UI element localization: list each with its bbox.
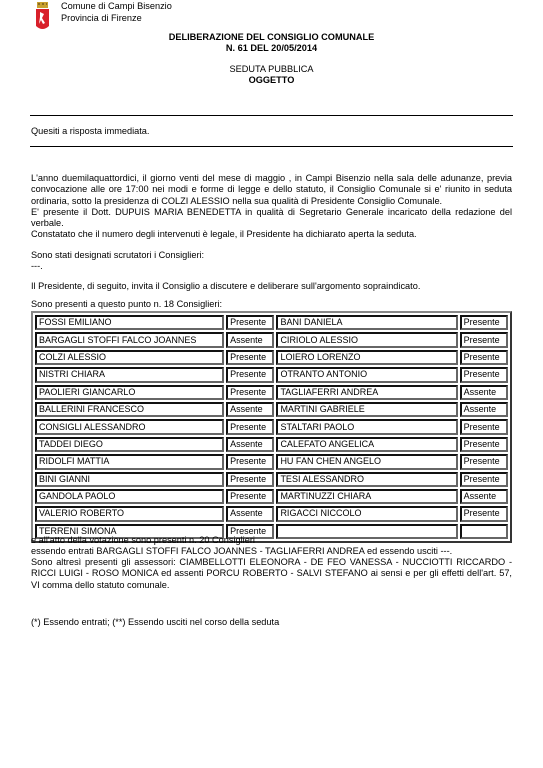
attendance-status: Presente xyxy=(460,506,508,521)
councillor-name: NISTRI CHIARA xyxy=(35,367,224,382)
table-row: COLZI ALESSIOPresenteLOIERO LORENZOPrese… xyxy=(35,350,508,365)
attendance-status: Presente xyxy=(226,315,274,330)
municipality-name: Comune di Campi Bisenzio xyxy=(61,1,172,13)
table-row: BARGAGLI STOFFI FALCO JOANNESAssenteCIRI… xyxy=(35,332,508,347)
attendance-status: Assente xyxy=(226,332,274,347)
attendance-status: Presente xyxy=(226,367,274,382)
councillor-name: GANDOLA PAOLO xyxy=(35,489,224,504)
attendance-status: Assente xyxy=(226,437,274,452)
councillor-name: CALEFATO ANGELICA xyxy=(276,437,457,452)
councillor-name: BARGAGLI STOFFI FALCO JOANNES xyxy=(35,332,224,347)
attendance-status: Presente xyxy=(460,472,508,487)
attendance-status: Presente xyxy=(226,472,274,487)
attendance-status: Presente xyxy=(226,489,274,504)
councillor-name: OTRANTO ANTONIO xyxy=(276,367,457,382)
deliberation-number: N. 61 DEL 20/05/2014 xyxy=(0,43,543,54)
councillor-name: MARTINUZZI CHIARA xyxy=(276,489,457,504)
table-row: GANDOLA PAOLOPresenteMARTINUZZI CHIARAAs… xyxy=(35,489,508,504)
subject-text: Quesiti a risposta immediata. xyxy=(31,126,512,137)
councillor-name: RIDOLFI MATTIA xyxy=(35,454,224,469)
footnote: (*) Essendo entrati; (**) Essendo usciti… xyxy=(31,617,512,628)
secretary-text: E' presente il Dott. DUPUIS MARIA BENEDE… xyxy=(31,207,512,228)
attendance-status: Assente xyxy=(226,402,274,417)
divider-top xyxy=(30,115,513,116)
attendance-status: Presente xyxy=(460,419,508,434)
councillor-name: CONSIGLI ALESSANDRO xyxy=(35,419,224,434)
councillor-name: TAGLIAFERRI ANDREA xyxy=(276,385,457,400)
table-row: BALLERINI FRANCESCOAssenteMARTINI GABRIE… xyxy=(35,402,508,417)
attendance-status: Presente xyxy=(226,419,274,434)
councillor-name: MARTINI GABRIELE xyxy=(276,402,457,417)
councillor-name: RIGACCI NICCOLO xyxy=(276,506,457,521)
assessors-text: Sono altresì presenti gli assessori: CIA… xyxy=(31,557,512,591)
attendance-status: Presente xyxy=(460,367,508,382)
present-count-label: Sono presenti a questo punto n. 18 Consi… xyxy=(31,299,512,310)
intro-paragraph: L'anno duemilaquattordici, il giorno ven… xyxy=(31,173,512,229)
vote-entries: essendo entrati BARGAGLI STOFFI FALCO JO… xyxy=(31,546,512,557)
scrutineers-value: ---. xyxy=(31,261,512,272)
attendance-status: Presente xyxy=(460,332,508,347)
table-row: FOSSI EMILIANOPresenteBANI DANIELAPresen… xyxy=(35,315,508,330)
councillor-name: TESI ALESSANDRO xyxy=(276,472,457,487)
attendance-status: Assente xyxy=(460,385,508,400)
attendance-status: Assente xyxy=(226,506,274,521)
councillor-name: STALTARI PAOLO xyxy=(276,419,457,434)
councillor-name: COLZI ALESSIO xyxy=(35,350,224,365)
organization-name: Comune di Campi Bisenzio Provincia di Fi… xyxy=(61,1,172,24)
subject-label: OGGETTO xyxy=(0,75,543,86)
divider-bottom xyxy=(30,146,513,147)
attendance-table: FOSSI EMILIANOPresenteBANI DANIELAPresen… xyxy=(31,311,512,543)
attendance-status: Presente xyxy=(460,437,508,452)
councillor-name: VALERIO ROBERTO xyxy=(35,506,224,521)
attendance-status: Presente xyxy=(460,350,508,365)
councillor-name: BALLERINI FRANCESCO xyxy=(35,402,224,417)
attendance-status: Presente xyxy=(460,315,508,330)
attendance-status: Assente xyxy=(460,402,508,417)
table-row: VALERIO ROBERTOAssenteRIGACCI NICCOLOPre… xyxy=(35,506,508,521)
councillor-name: HU FAN CHEN ANGELO xyxy=(276,454,457,469)
attendance-status: Presente xyxy=(460,454,508,469)
attendance-status: Assente xyxy=(460,489,508,504)
table-row: PAOLIERI GIANCARLOPresenteTAGLIAFERRI AN… xyxy=(35,385,508,400)
councillor-name: FOSSI EMILIANO xyxy=(35,315,224,330)
table-row: CONSIGLI ALESSANDROPresenteSTALTARI PAOL… xyxy=(35,419,508,434)
councillor-name: BINI GIANNI xyxy=(35,472,224,487)
vote-attendance: e all'atto della votazione sono presenti… xyxy=(31,535,512,546)
scrutineers-label: Sono stati designati scrutatori i Consig… xyxy=(31,250,512,261)
table-row: RIDOLFI MATTIAPresenteHU FAN CHEN ANGELO… xyxy=(35,454,508,469)
councillor-name: TADDEI DIEGO xyxy=(35,437,224,452)
province-name: Provincia di Firenze xyxy=(61,13,172,25)
intro-text: L'anno duemilaquattordici, il giorno ven… xyxy=(31,173,512,206)
attendance-status: Presente xyxy=(226,350,274,365)
councillor-name: CIRIOLO ALESSIO xyxy=(276,332,457,347)
table-row: NISTRI CHIARAPresenteOTRANTO ANTONIOPres… xyxy=(35,367,508,382)
quorum-text: Constatato che il numero degli intervenu… xyxy=(31,229,512,240)
attendance-status: Presente xyxy=(226,454,274,469)
councillor-name: BANI DANIELA xyxy=(276,315,457,330)
table-row: BINI GIANNIPresenteTESI ALESSANDROPresen… xyxy=(35,472,508,487)
councillor-name: PAOLIERI GIANCARLO xyxy=(35,385,224,400)
table-row: TADDEI DIEGOAssenteCALEFATO ANGELICAPres… xyxy=(35,437,508,452)
attendance-status: Presente xyxy=(226,385,274,400)
councillor-name: LOIERO LORENZO xyxy=(276,350,457,365)
coat-of-arms-icon xyxy=(35,2,50,32)
document-title: DELIBERAZIONE DEL CONSIGLIO COMUNALE xyxy=(0,32,543,43)
session-type: SEDUTA PUBBLICA xyxy=(0,64,543,75)
invitation-text: Il Presidente, di seguito, invita il Con… xyxy=(31,281,512,292)
